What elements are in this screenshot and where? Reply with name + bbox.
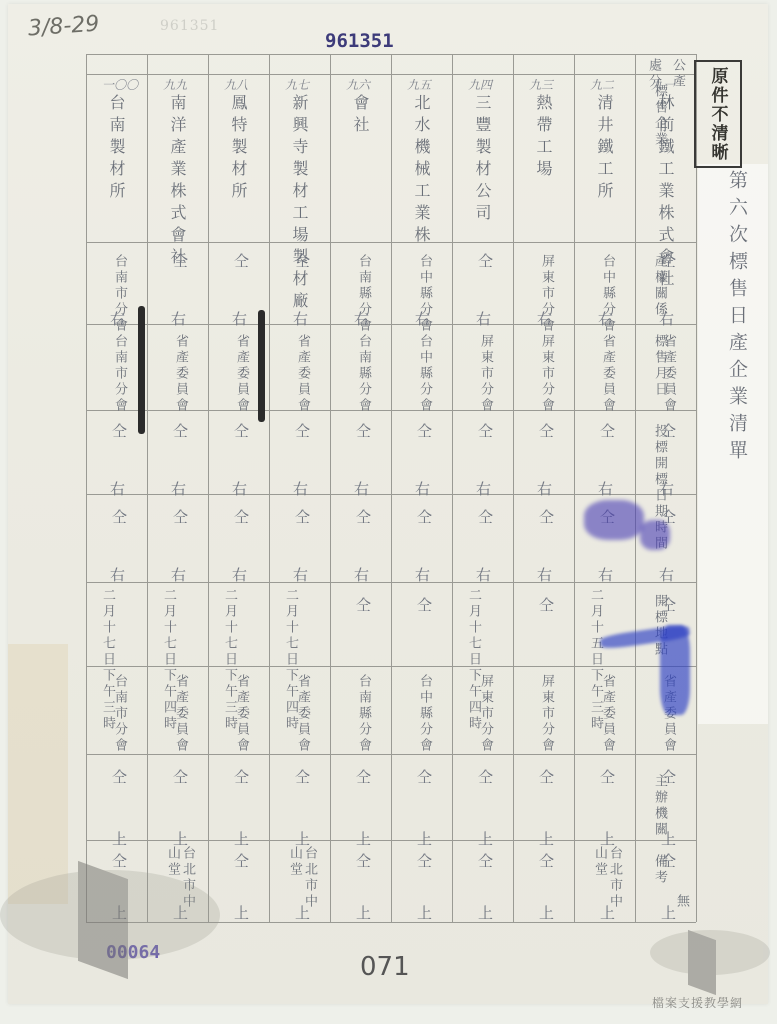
- ditto-mark: 仝: [112, 766, 127, 787]
- ditto-mark: 仝: [478, 506, 493, 527]
- ditto-mark: 右: [293, 478, 308, 499]
- faint-serial-number: 961351: [160, 18, 219, 34]
- enterprise-name: 清井鐵工所: [594, 94, 614, 204]
- column-number: 九五: [407, 76, 431, 93]
- ditto-mark: 仝: [112, 420, 127, 441]
- ditto-mark: 仝: [356, 850, 371, 871]
- ditto-mark: 仝: [600, 420, 615, 441]
- archive-watermark-logo: [0, 850, 220, 980]
- ditto-mark: 右: [293, 564, 308, 585]
- ditto-mark: 右: [110, 308, 125, 329]
- ditto-mark: 右: [232, 308, 247, 329]
- column-number: 九三: [529, 76, 553, 93]
- ditto-mark: 仝: [295, 420, 310, 441]
- column-number: 九八: [224, 76, 248, 93]
- agency-cell: 台南縣分會: [356, 334, 371, 414]
- ditto-mark: 仝: [417, 506, 432, 527]
- ditto-mark: 仝: [417, 766, 432, 787]
- enterprise-name: 台南製材所: [106, 94, 126, 204]
- ditto-mark: 仝: [661, 766, 676, 787]
- ditto-mark: 仝: [295, 250, 310, 271]
- pencil-annotation: 3/8-29: [27, 12, 100, 42]
- ditto-mark: 仝: [539, 850, 554, 871]
- ditto-mark: 右: [354, 478, 369, 499]
- agency-cell: 台南縣分會: [356, 674, 371, 754]
- table-column-divider: [269, 54, 270, 922]
- enterprise-name: 北水機械工業株: [411, 94, 431, 248]
- page-number: 071: [360, 952, 410, 982]
- ditto-mark: 右: [476, 478, 491, 499]
- purple-ink-stain: [640, 520, 670, 550]
- ditto-mark: 右: [598, 308, 613, 329]
- ditto-mark: 仝: [234, 506, 249, 527]
- ditto-mark: 上: [356, 828, 371, 849]
- agency-cell: 屏東市分會: [478, 334, 493, 414]
- ditto-mark: 右: [232, 478, 247, 499]
- table-column-divider: [330, 54, 331, 922]
- table-column-divider: [391, 54, 392, 922]
- ditto-mark: 仝: [478, 766, 493, 787]
- agency-cell: 省產委員會: [661, 334, 676, 414]
- ditto-mark: 仝: [661, 250, 676, 271]
- table-row-divider: [86, 754, 696, 755]
- table-column-divider: [147, 54, 148, 922]
- ditto-mark: 上: [295, 902, 310, 923]
- table-column-divider: [635, 54, 636, 922]
- ditto-mark: 仝: [173, 506, 188, 527]
- ditto-mark: 仝: [539, 594, 554, 615]
- ditto-mark: 右: [659, 564, 674, 585]
- ink-deletion-mark: [138, 306, 145, 434]
- ditto-mark: 上: [417, 902, 432, 923]
- table-column-divider: [513, 54, 514, 922]
- ditto-mark: 右: [659, 478, 674, 499]
- ditto-mark: 上: [539, 902, 554, 923]
- ditto-mark: 上: [478, 902, 493, 923]
- ditto-mark: 仝: [417, 594, 432, 615]
- blue-ink-stain: [660, 625, 690, 715]
- enterprise-name: 鳳特製材所: [228, 94, 248, 204]
- ditto-mark: 仝: [478, 420, 493, 441]
- column-number: 九一: [651, 76, 675, 93]
- ditto-mark: 仝: [539, 506, 554, 527]
- ditto-mark: 右: [537, 478, 552, 499]
- ditto-mark: 仝: [356, 420, 371, 441]
- enterprise-name: 會社: [350, 94, 370, 138]
- ditto-mark: 仝: [234, 766, 249, 787]
- ditto-mark: 上: [661, 828, 676, 849]
- ditto-mark: 上: [234, 828, 249, 849]
- archive-watermark-logo: [650, 930, 770, 1000]
- document-title: 第六次標售日產企業清單: [724, 170, 751, 467]
- agency-cell: 台中縣分會: [417, 674, 432, 754]
- table-column-divider: [696, 54, 697, 922]
- ditto-mark: 右: [659, 308, 674, 329]
- column-number: 九六: [346, 76, 370, 93]
- agency-cell: 省產委員會: [234, 674, 249, 754]
- ditto-mark: 上: [234, 902, 249, 923]
- agency-cell: 省產委員會: [600, 674, 615, 754]
- table-row-divider: [86, 666, 696, 667]
- ditto-mark: 右: [537, 308, 552, 329]
- agency-cell: 省產委員會: [173, 674, 188, 754]
- agency-cell: 省產委員會: [173, 334, 188, 414]
- ditto-mark: 仝: [356, 766, 371, 787]
- agency-cell: 省產委員會: [295, 674, 310, 754]
- document-number: 961351: [325, 30, 394, 52]
- ditto-mark: 仝: [295, 506, 310, 527]
- ditto-mark: 仝: [661, 594, 676, 615]
- ditto-mark: 仝: [539, 766, 554, 787]
- remarks-cell: 無: [674, 894, 689, 910]
- ditto-mark: 右: [415, 308, 430, 329]
- ditto-mark: 仝: [356, 594, 371, 615]
- ditto-mark: 右: [598, 564, 613, 585]
- ditto-mark: 右: [476, 308, 491, 329]
- ditto-mark: 右: [598, 478, 613, 499]
- agency-cell: 省產委員會: [234, 334, 249, 414]
- ditto-mark: 右: [354, 308, 369, 329]
- ditto-mark: 仝: [417, 850, 432, 871]
- agency-cell: 台南市分會: [112, 674, 127, 754]
- ditto-mark: 上: [112, 828, 127, 849]
- ditto-mark: 上: [417, 828, 432, 849]
- handwritten-table: 公產處分標售企業產權關係標售月日投標開標日期時間開標地點主辦機關備考一〇〇台南製…: [86, 54, 696, 922]
- ditto-mark: 上: [600, 902, 615, 923]
- agency-cell: 省產委員會: [295, 334, 310, 414]
- ditto-mark: 仝: [295, 766, 310, 787]
- purple-ink-stain: [584, 500, 644, 540]
- ditto-mark: 右: [110, 478, 125, 499]
- ditto-mark: 上: [356, 902, 371, 923]
- enterprise-name: 三豐製材公司: [472, 94, 492, 226]
- table-column-divider: [574, 54, 575, 922]
- ditto-mark: 仝: [356, 506, 371, 527]
- table-row-divider: [86, 74, 696, 75]
- agency-cell: 台中縣分會: [417, 334, 432, 414]
- column-number: 一〇〇: [102, 76, 138, 93]
- unclear-original-stamp: 原件不清晰: [694, 60, 742, 168]
- ink-deletion-mark: [258, 310, 265, 422]
- ditto-mark: 仝: [661, 420, 676, 441]
- column-number: 九二: [590, 76, 614, 93]
- ditto-mark: 仝: [234, 420, 249, 441]
- ditto-mark: 上: [478, 828, 493, 849]
- ditto-mark: 右: [171, 478, 186, 499]
- table-column-divider: [86, 54, 87, 922]
- column-number: 九七: [285, 76, 309, 93]
- ditto-mark: 仝: [661, 850, 676, 871]
- ditto-mark: 仝: [478, 850, 493, 871]
- table-column-divider: [452, 54, 453, 922]
- agency-cell: 台南市分會: [112, 334, 127, 414]
- ditto-mark: 右: [415, 564, 430, 585]
- ditto-mark: 仝: [539, 420, 554, 441]
- ditto-mark: 仝: [173, 766, 188, 787]
- ditto-mark: 右: [232, 564, 247, 585]
- agency-cell: 屏東市分會: [539, 674, 554, 754]
- agency-cell: 省產委員會: [600, 334, 615, 414]
- table-column-divider: [208, 54, 209, 922]
- ditto-mark: 右: [293, 308, 308, 329]
- watermark-text: 檔案支援教學網: [652, 994, 743, 1011]
- ditto-mark: 右: [354, 564, 369, 585]
- ditto-mark: 仝: [112, 506, 127, 527]
- ditto-mark: 仝: [234, 250, 249, 271]
- ditto-mark: 右: [171, 308, 186, 329]
- ditto-mark: 仝: [234, 850, 249, 871]
- enterprise-name: 熱帶工場: [533, 94, 553, 182]
- ditto-mark: 仝: [417, 420, 432, 441]
- ditto-mark: 右: [537, 564, 552, 585]
- table-row-divider: [86, 54, 696, 55]
- enterprise-name: 南洋產業株式會社: [167, 94, 187, 270]
- column-number: 九九: [163, 76, 187, 93]
- ditto-mark: 右: [171, 564, 186, 585]
- enterprise-name: 新興寺製材工場製材廠: [289, 94, 309, 314]
- agency-cell: 屏東市分會: [539, 334, 554, 414]
- ditto-mark: 上: [539, 828, 554, 849]
- ditto-mark: 仝: [173, 420, 188, 441]
- ditto-mark: 仝: [173, 250, 188, 271]
- ditto-mark: 仝: [600, 766, 615, 787]
- ditto-mark: 右: [415, 478, 430, 499]
- column-number: 九四: [468, 76, 492, 93]
- ditto-mark: 右: [476, 564, 491, 585]
- agency-cell: 屏東市分會: [478, 674, 493, 754]
- ditto-mark: 仝: [478, 250, 493, 271]
- ditto-mark: 右: [110, 564, 125, 585]
